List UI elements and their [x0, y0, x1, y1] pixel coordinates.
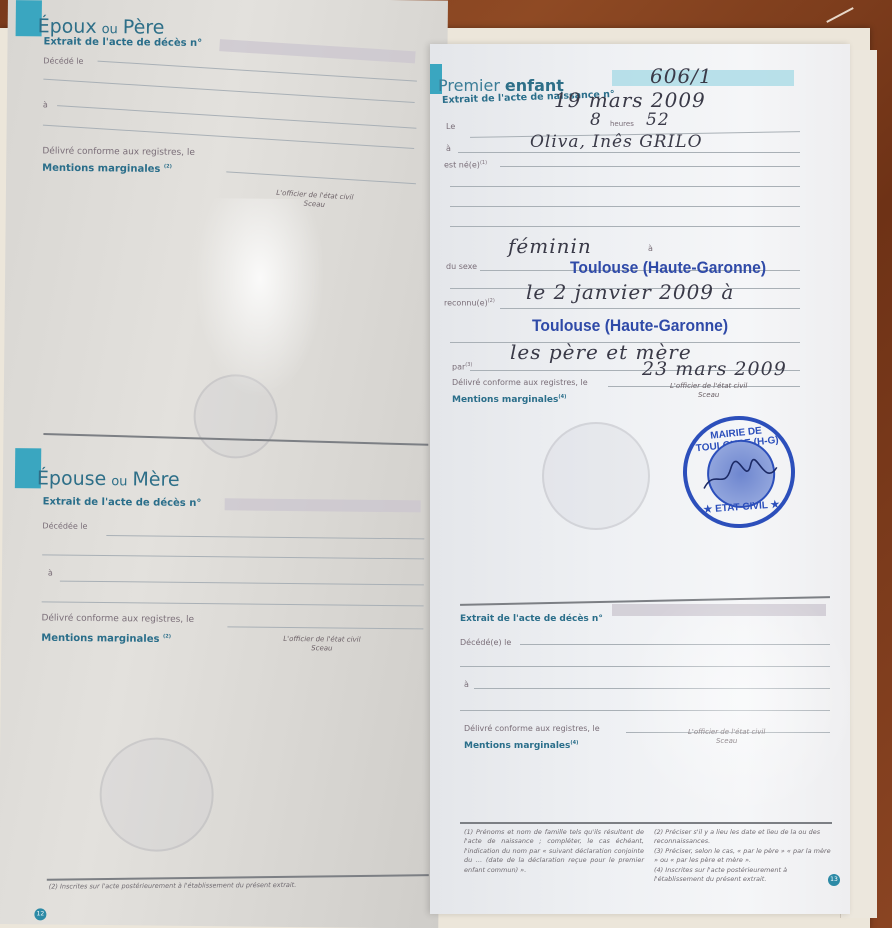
title-mere: Mère	[132, 470, 179, 489]
line	[450, 206, 800, 207]
child-name-value: Oliva, Inês GRILO	[530, 132, 703, 152]
footnote-divider	[47, 874, 429, 880]
footnote-3: (3) Préciser, selon le cas, « par le pèr…	[654, 847, 834, 866]
signature-scribble-icon	[700, 453, 783, 498]
section-title-mother: Épouse ou Mère	[15, 448, 180, 490]
birth-minutes-value: 52	[646, 110, 670, 130]
marginal-mentions-label: Mentions marginales(4)	[464, 740, 578, 751]
left-page: Époux ou Père Extrait de l'acte de décès…	[0, 0, 448, 928]
title-ou: ou	[111, 474, 127, 489]
footnote: (2) Inscrites sur l'acte postérieurement…	[49, 881, 297, 892]
line	[43, 125, 414, 149]
sex-label: du sexe	[446, 262, 477, 271]
place-line[interactable]	[57, 105, 416, 129]
delivered-label: Délivré conforme aux registres, le	[42, 146, 195, 158]
delivered-label: Délivré conforme aux registres, le	[452, 378, 588, 387]
seal-bottom-text: ★ ETAT CIVIL ★	[695, 499, 788, 516]
at-label: à	[48, 568, 53, 577]
sex-at-label: à	[648, 244, 653, 253]
born-label: est né(e)(1)	[444, 160, 487, 170]
at-label: à	[464, 680, 469, 689]
died-label: Décédé(e) le	[460, 638, 511, 647]
delivered-label: Délivré conforme aux registres, le	[464, 724, 600, 733]
footnote-2: (2) Préciser s'il y a lieu les date et l…	[654, 828, 834, 847]
died-label: Décédé le	[43, 56, 83, 65]
line	[43, 79, 414, 103]
officer-signature-label: L'officier de l'état civil Sceau	[688, 728, 765, 746]
line	[460, 666, 830, 667]
delivered-date-line[interactable]	[226, 171, 416, 184]
line	[42, 554, 424, 559]
faded-seal-imprint	[99, 737, 214, 852]
footnotes-right-column: (2) Préciser s'il y a lieu les date et l…	[654, 828, 834, 885]
place-line[interactable]	[474, 688, 830, 689]
footnote-1: (1) Prénoms et nom de famille tels qu'il…	[464, 828, 644, 875]
title-ou: ou	[102, 22, 118, 37]
sex-value: féminin	[508, 234, 592, 258]
footnote-4: (4) Inscrites sur l'acte postérieurement…	[654, 866, 834, 885]
title-epoux: Époux	[38, 17, 97, 37]
title-premier: Premier	[438, 78, 500, 94]
bookmark-thread	[826, 7, 853, 23]
delivered-label: Délivré conforme aux registres, le	[41, 613, 194, 625]
place-line[interactable]	[60, 581, 424, 586]
line	[42, 601, 424, 606]
faded-seal-imprint	[193, 374, 278, 459]
birthplace-stamp: Toulouse (Haute-Garonne)	[570, 258, 766, 278]
recognized-value: le 2 janvier 2009 à	[526, 280, 734, 304]
birth-date-value: 19 mars 2009	[554, 88, 706, 112]
section-title-first-child: Premier enfant	[430, 64, 564, 94]
officer-signature-label: L'officier de l'état civil Sceau	[670, 382, 747, 400]
death-extract-number-field[interactable]	[612, 604, 826, 616]
death-extract-number-field[interactable]	[219, 39, 415, 63]
line	[450, 186, 800, 187]
light-glare	[194, 198, 326, 399]
recognized-line[interactable]	[500, 308, 800, 309]
recognized-place-stamp: Toulouse (Haute-Garonne)	[532, 316, 728, 336]
date-label: Le	[446, 122, 455, 131]
marginal-mentions-label: Mentions marginales(4)	[452, 394, 566, 405]
footnote-divider	[460, 822, 832, 824]
page-number-badge: 12	[34, 908, 46, 920]
birth-extract-number-value: 606/1	[650, 64, 713, 88]
page-number-badge: 13	[828, 874, 840, 886]
title-pere: Père	[123, 18, 165, 37]
name-line[interactable]	[500, 166, 800, 167]
birth-hours-value: 8	[590, 110, 602, 130]
death-extract-number-field[interactable]	[225, 498, 421, 512]
title-epouse: Épouse	[37, 469, 107, 489]
line	[450, 226, 800, 227]
officer-signature-label: L'officier de l'état civil Sceau	[283, 635, 360, 654]
at-label: à	[446, 144, 451, 153]
death-extract-label: Extrait de l'acte de décès n°	[43, 36, 202, 49]
delivered-date-line[interactable]	[227, 626, 423, 629]
died-date-line[interactable]	[98, 61, 417, 82]
died-label: Décédée le	[42, 521, 87, 530]
faded-seal-imprint	[542, 422, 650, 530]
recognized-label: reconnu(e)(2)	[444, 298, 495, 308]
marginal-mentions-label: Mentions marginales (2)	[41, 632, 171, 645]
death-extract-label: Extrait de l'acte de décès n°	[43, 496, 202, 509]
at-label: à	[43, 100, 48, 109]
hours-label: heures	[610, 120, 634, 128]
line	[460, 710, 830, 711]
marginal-mentions-label: Mentions marginales (2)	[42, 162, 172, 175]
delivered-date-value: 23 mars 2009	[642, 358, 787, 380]
died-date-line[interactable]	[106, 535, 424, 539]
officer-signature-label: L'officier de l'état civil Sceau	[275, 189, 353, 212]
place-line[interactable]	[458, 152, 800, 153]
section-title-father: Époux ou Père	[16, 0, 165, 38]
death-extract-label: Extrait de l'acte de décès n°	[460, 614, 603, 624]
died-date-line[interactable]	[520, 644, 830, 645]
